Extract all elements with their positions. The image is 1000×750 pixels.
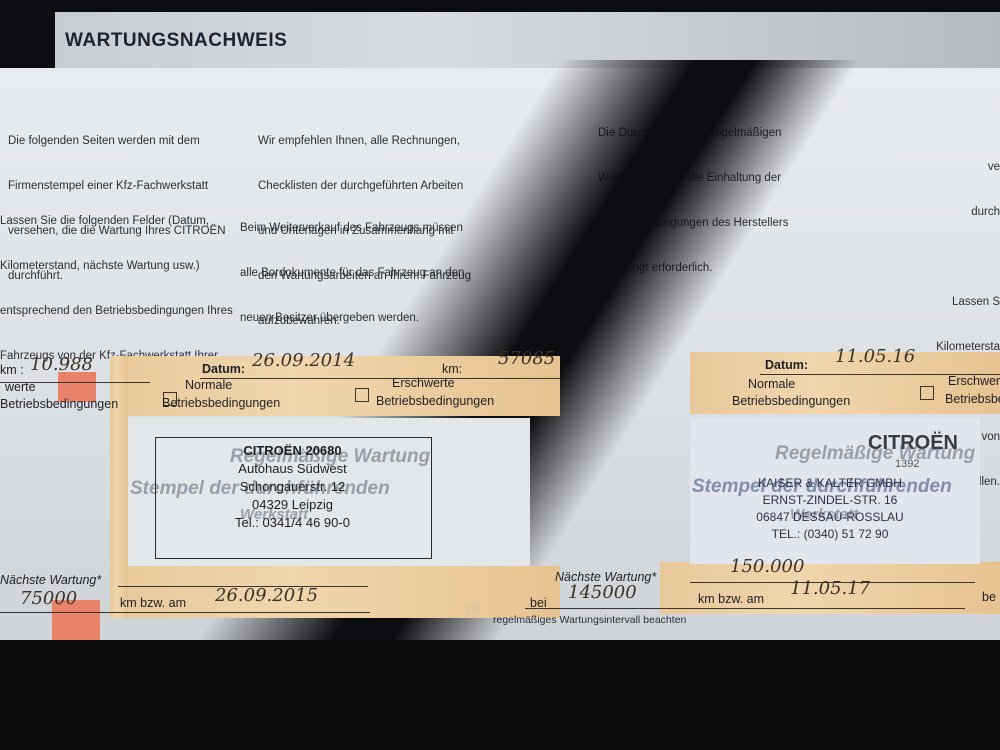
entry-1-side-band (110, 356, 128, 618)
footer-note: regelmäßiges Wartungsintervall beachten (493, 614, 686, 626)
stamp-line: KAISER & KALTER GMBH (700, 475, 960, 492)
intro-left-2: Lassen Sie die folgenden Felder (Datum, … (0, 184, 233, 379)
text-line: Lassen Sie die folgenden Felder (Datum, (0, 214, 233, 229)
entry-2-normal-label-2: Betriebsbedingungen (732, 394, 850, 408)
entry-1-date-label: Datum: (202, 362, 245, 376)
left-hard-label-2: Betriebsbedingungen (0, 397, 118, 411)
left-hard-label-1: werte (5, 380, 36, 394)
stamp-line: Schongauerstr. 12 (155, 478, 430, 496)
entry-1-next-km: 75000 (20, 588, 77, 609)
text-line: Lassen S (900, 295, 1000, 310)
text-line (900, 250, 1000, 265)
text-line: Kilometerstand, nächste Wartung usw.) (0, 259, 233, 274)
entry-2-handwritten-km: 150.000 (730, 556, 804, 577)
entry-2-stamp-number: 1392 (895, 458, 919, 470)
entry-1-date-value: 26.09.2014 (252, 350, 355, 371)
text-line: durch (900, 205, 1000, 220)
entry-1-km-value: 57085 (498, 348, 555, 369)
stamp-line: Tel.: 0341/4 46 90-0 (155, 514, 430, 532)
background-surface (0, 640, 1000, 750)
entry-2-suffix: be (982, 590, 996, 604)
stamp-line: 04329 Leipzig (155, 496, 430, 514)
entry-1-km-label: km: (442, 362, 462, 376)
entry-1-hard-label-2: Betriebsbedingungen (376, 394, 494, 408)
text-line: ve (900, 160, 1000, 175)
field-underline (0, 612, 370, 613)
entry-2-next-date: 11.05.17 (790, 578, 870, 599)
prev-km-value: 10.988 (30, 354, 93, 375)
entry-1-next-date: 26.09.2015 (215, 585, 318, 606)
entry-2-hard-checkbox[interactable] (920, 386, 934, 400)
entry-1-normal-label-2: Betriebsbedingungen (162, 396, 280, 410)
entry-2-date-label: Datum: (765, 358, 808, 372)
entry-2-by-label: km bzw. am (698, 592, 764, 606)
entry-2-ghost-title: Regelmäßige Wartung (775, 443, 975, 465)
entry-1-hard-checkbox[interactable] (355, 388, 369, 402)
entry-2-normal-label-1: Normale (748, 377, 795, 391)
stamp-line: ERNST-ZINDEL-STR. 16 (700, 492, 960, 509)
entry-2-workshop-stamp: KAISER & KALTER GMBH ERNST-ZINDEL-STR. 1… (700, 475, 960, 543)
stamp-line: 06847 DESSAU-ROSSLAU (700, 509, 960, 526)
field-underline (525, 608, 965, 609)
entry-1-hard-label-1: Erschwerte (392, 376, 455, 390)
text-line: Die folgenden Seiten werden mit dem (8, 134, 226, 149)
entry-2-next-km: 145000 (568, 582, 637, 603)
entry-1-next-label: Nächste Wartung* (0, 573, 101, 587)
entry-2-hard-label-2: Betriebsbedingungen (945, 392, 1000, 406)
stamp-line: Autohaus Südwest (155, 460, 430, 478)
entry-1-workshop-stamp: CITROËN 20680 Autohaus Südwest Schongaue… (155, 442, 430, 532)
entry-1-by-label: km bzw. am (120, 596, 186, 610)
text-line: entsprechend den Betriebsbedingungen Ihr… (0, 304, 233, 319)
entry-1-normal-label-1: Normale (185, 378, 232, 392)
text-line: Wir empfehlen Ihnen, alle Rechnungen, (258, 134, 471, 149)
entry-1-footer-band (110, 566, 560, 618)
stamp-line: CITROËN 20680 (155, 442, 430, 460)
text-line: Beim Weiterverkauf des Fahrzeugs müssen (240, 221, 464, 236)
entry-2-date-value: 11.05.16 (835, 346, 915, 367)
entry-2-hard-label-1: Erschwerte (948, 374, 1000, 388)
prev-km-label: km : (0, 363, 24, 377)
entry-1-year-tag: 20 (465, 602, 479, 616)
page-title: WARTUNGSNACHWEIS (65, 30, 287, 52)
field-underline (200, 378, 560, 379)
stamp-line: TEL.: (0340) 51 72 90 (700, 526, 960, 543)
